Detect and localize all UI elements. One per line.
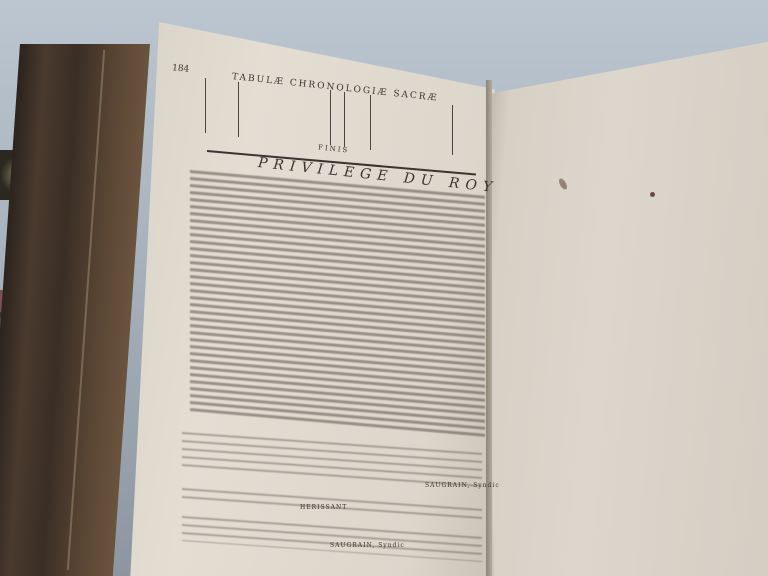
table-rule: [452, 105, 453, 155]
page-number: 184: [172, 63, 190, 74]
photo-scene: 184 TABULÆ CHRONOLOGIÆ SACRÆ FINIS PRIVI…: [0, 0, 768, 576]
signature: HERISSANT: [300, 504, 347, 511]
signature: SAUGRAIN, Syndic: [330, 542, 405, 549]
table-rule: [370, 95, 371, 150]
table-rule: [205, 78, 206, 133]
paper-stain: [650, 192, 655, 197]
book-binding: [0, 44, 150, 576]
table-rule: [238, 82, 239, 137]
privilege-body-text: [190, 170, 485, 441]
signature: SAUGRAIN, Syndic: [425, 482, 500, 489]
table-rule: [330, 90, 331, 145]
right-page: [488, 40, 768, 576]
table-rule: [344, 92, 345, 147]
book-gutter: [486, 80, 492, 576]
